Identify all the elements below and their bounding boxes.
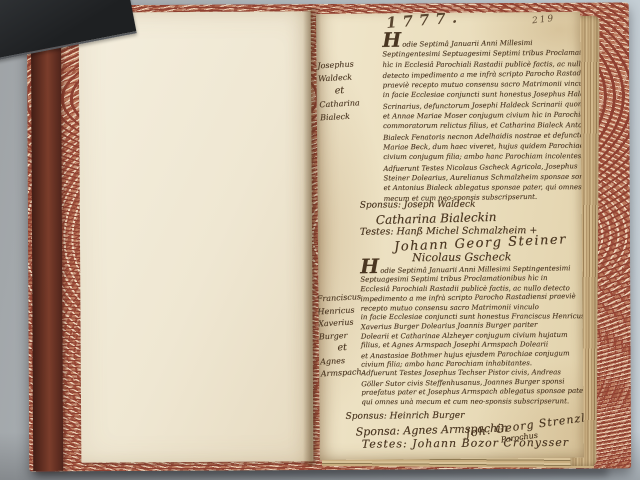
record1-entry-text: Hodie Septimâ Januarii Anni MillesimiSep… bbox=[382, 33, 579, 204]
manuscript-line: Adfuerunt Testes Nicolaus Gscheck Agrico… bbox=[383, 161, 579, 174]
book-spine bbox=[31, 3, 63, 471]
blank-left-page bbox=[79, 11, 314, 462]
record2-entry-text: Hodie Septimâ Januarii Anni Millesimi Se… bbox=[360, 260, 581, 408]
page-number: 219 bbox=[532, 14, 556, 27]
manuscript-photograph: 219 1777. JosephusWaldecketCatharinaBial… bbox=[0, 0, 640, 480]
register-right-page: 219 1777. JosephusWaldecketCatharinaBial… bbox=[316, 12, 584, 460]
margin-name-line: Bialeck bbox=[320, 108, 383, 124]
manuscript-line: Hodie Septimâ Januarii Anni Millesimi Se… bbox=[360, 259, 580, 276]
manuscript-line: qui omnes unà mecum et cum neo-sponsis s… bbox=[361, 397, 581, 407]
manuscript-line: Hodie Septimâ Januarii Anni Millesimi bbox=[382, 32, 578, 50]
record1-signatures: Sponsus: Joseph WaldeckCatharina Bialeck… bbox=[360, 198, 567, 265]
record1-margin-names: JosephusWaldecketCatharinaBialeck bbox=[317, 56, 382, 124]
